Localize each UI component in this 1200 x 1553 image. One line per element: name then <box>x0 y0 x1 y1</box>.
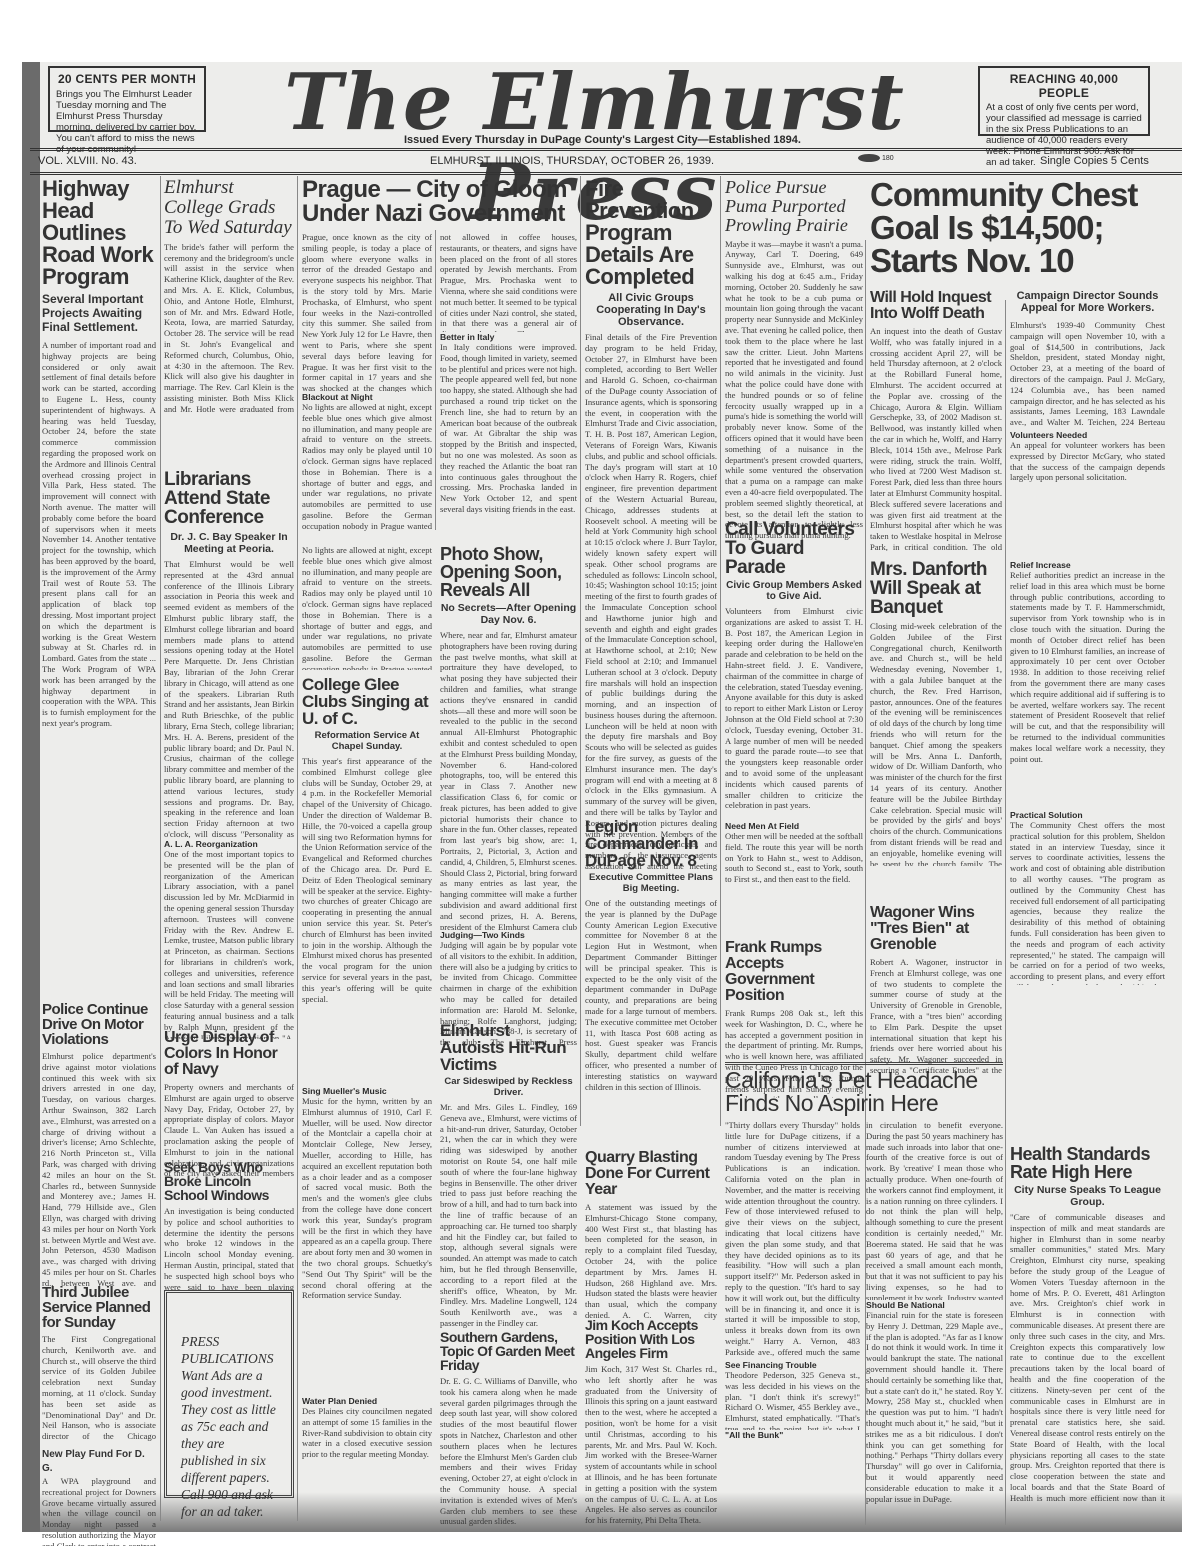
article-body: The Community Chest offers the most prac… <box>1010 820 1165 985</box>
headline: Legion Commander In DuPage Nov. 8 <box>585 818 717 869</box>
headline: Southern Gardens, Topic Of Garden Meet F… <box>440 1330 577 1372</box>
headline: Elmhurst Autoists Hit-Run Victims <box>440 1022 577 1073</box>
subhead: Sing Mueller's Music <box>302 1086 432 1096</box>
masthead-rule-bottom <box>30 172 1182 175</box>
article-police-drive: Police Continue Drive On Motor Violation… <box>42 1002 156 1286</box>
prague-col2: not allowed in coffee houses, restaurant… <box>440 232 577 522</box>
article-body: In Italy conditions were improved. Food,… <box>440 342 577 522</box>
article-body: Closing mid-week celebration of the Gold… <box>870 621 1002 866</box>
article-community-chest: Community Chest Goal Is $14,500; Starts … <box>870 178 1170 277</box>
headline: Photo Show, Opening Soon, Reveals All <box>440 545 577 599</box>
headline: Jim Koch Accepts Position With Los Angel… <box>585 1318 717 1360</box>
headline: Community Chest Goal Is $14,500; Starts … <box>870 178 1170 277</box>
subhead: Practical Solution <box>1010 810 1165 820</box>
headline: Seek Boys Who Broke Lincoln School Windo… <box>164 1160 294 1202</box>
article-body: The First Congregational church, Kenilwo… <box>42 1334 156 1444</box>
community-chest-col: Campaign Director Sounds Appeal for More… <box>1010 290 1165 985</box>
article-koch: Jim Koch Accepts Position With Los Angel… <box>585 1318 717 1529</box>
headline: Highway Head Outlines Road Work Program <box>42 178 156 288</box>
article-body: Relief authorities predict an increase i… <box>1010 570 1165 810</box>
article-body: Prague, once known as the city of smilin… <box>302 232 432 392</box>
headline: Health Standards Rate High Here <box>1010 1145 1165 1181</box>
left-ear-title: 20 CENTS PER MONTH <box>56 72 198 86</box>
article-puma: Police Pursue Puma Purported Prowling Pr… <box>725 178 863 559</box>
headline: Third Jubilee Service Planned for Sunday <box>42 1285 156 1330</box>
article-california: California's Pet Headache Finds No Aspir… <box>725 1062 1003 1115</box>
right-ear-box: REACHING 40,000 PEOPLE At a cost of only… <box>978 66 1150 136</box>
dateline-place-date: ELMHURST, ILLINOIS, THURSDAY, OCTOBER 26… <box>430 155 714 167</box>
article-body: Mr. and Mrs. Giles L. Findley, 169 Genev… <box>440 1102 577 1352</box>
headline: California's Pet Headache Finds No Aspir… <box>725 1069 1003 1115</box>
article-jubilee: Third Jubilee Service Planned for Sunday… <box>42 1285 156 1546</box>
column-rule <box>435 230 436 530</box>
subhead: Water Plan Denied <box>302 1396 432 1406</box>
headline: Wagoner Wins "Tres Bien" at Grenoble <box>870 905 1002 953</box>
article-danforth: Mrs. Danforth Will Speak at Banquet Clos… <box>870 560 1002 866</box>
subhead: Better in Italy <box>440 332 577 342</box>
article-fire: Fire Prevention Program Details Are Comp… <box>585 178 717 872</box>
article-body: Volunteers from Elmhurst civic organizat… <box>725 606 863 821</box>
article-body: Music for the hymn, written by an Elmhur… <box>302 1096 432 1396</box>
column-rule <box>580 176 581 1126</box>
headline: Call Volunteers To Guard Parade <box>725 520 863 577</box>
article-body: No lights are allowed at night, except f… <box>302 402 432 532</box>
headline: Prague — City of Gloom Under Nazi Govern… <box>302 178 578 226</box>
masthead-rule-top <box>30 148 1182 151</box>
article-body: One of the outstanding meetings of the y… <box>585 898 717 1113</box>
article-body: This year's first appearance of the comb… <box>302 756 432 1086</box>
article-inquest: Will Hold Inquest Into Wolff Death An in… <box>870 290 1002 551</box>
headline: Frank Rumps Accepts Government Position <box>725 940 863 1004</box>
left-ear-box: 20 CENTS PER MONTH Brings you The Elmhur… <box>48 66 206 132</box>
deck: Car Sideswiped by Reckless Driver. <box>440 1076 577 1098</box>
article-body: Robert A. Wagoner, instructor in French … <box>870 957 1002 1077</box>
article-prague: Prague — City of Gloom Under Nazi Govern… <box>302 178 578 226</box>
article-glee: No lights are allowed at night, except f… <box>302 545 432 670</box>
headline: Will Hold Inquest Into Wolff Death <box>870 290 1002 322</box>
union-label-number: 180 <box>882 155 894 162</box>
article-body: An inquest into the death of Gustav Wolf… <box>870 326 1002 551</box>
headline: New Play Fund For D. G. <box>42 1448 156 1476</box>
article-body: That Elmhurst would be well represented … <box>164 559 294 839</box>
article-body: "Thirty dollars every Thursday" holds li… <box>725 1120 860 1360</box>
subhead: Should Be National <box>866 1300 1003 1310</box>
article-body: Dr. E. G. C. Williams of Danville, who t… <box>440 1376 577 1531</box>
deck: Campaign Director Sounds Appeal for More… <box>1010 290 1165 314</box>
subhead: Blackout at Night <box>302 392 432 402</box>
want-ads-text: PRESS PUBLICATIONS Want Ads are a good i… <box>181 1333 277 1520</box>
right-ear-title: REACHING 40,000 PEOPLE <box>986 72 1142 100</box>
article-body: Elmhurst's 1939-40 Community Chest campa… <box>1010 320 1165 430</box>
article-gardens: Southern Gardens, Topic Of Garden Meet F… <box>440 1330 577 1531</box>
article-legion: Legion Commander In DuPage Nov. 8 Execut… <box>585 818 717 1113</box>
subhead: Need Men At Field <box>725 821 863 831</box>
deck: Civic Group Members Asked to Give Aid. <box>725 580 863 602</box>
article-body: Jim Koch, 317 West St. Charles rd., who … <box>585 1364 717 1529</box>
article-body: Where, near and far, Elmhurst amateur ph… <box>440 630 577 930</box>
single-copy-price: Single Copies 5 Cents <box>1040 155 1149 167</box>
article-body: An appeal for volunteer workers has been… <box>1010 440 1165 560</box>
article-health: Health Standards Rate High Here City Nur… <box>1010 1145 1165 1502</box>
headline: Quarry Blasting Done For Current Year <box>585 1150 717 1198</box>
deck: Dr. J. C. Bay Speaker In Meeting at Peor… <box>164 531 294 555</box>
subhead: Relief Increase <box>1010 560 1165 570</box>
left-ear-text: Brings you The Elmhurst Leader Tuesday m… <box>56 89 198 155</box>
headline: Elmhurst College Grads To Wed Saturday <box>164 178 294 238</box>
column-rule <box>297 176 298 1521</box>
article-body: A statement was issued by the Elmhurst-C… <box>585 1202 717 1322</box>
deck: Executive Committee Plans Big Meeting. <box>585 872 717 894</box>
headline: Librarians Attend State Conference <box>164 470 294 527</box>
article-body: Maybe it was—maybe it wasn't a puma. Any… <box>725 239 863 559</box>
article-glee-clubs: College Glee Clubs Singing at U. of C. R… <box>302 676 432 1466</box>
column-rule <box>160 176 161 1521</box>
volume-number: VOL. XLVIII. No. 43. <box>38 155 137 167</box>
article-body: The bride's father will perform the cere… <box>164 242 294 412</box>
deck: Reformation Service At Chapel Sunday. <box>302 730 432 752</box>
article-body: Elmhurst police department's drive again… <box>42 1051 156 1286</box>
article-windows: Seek Boys Who Broke Lincoln School Windo… <box>164 1160 294 1290</box>
article-body: One of the most important topics to be p… <box>164 849 294 1039</box>
california-col2: in circulation to benefit everyone. Duri… <box>866 1120 1003 1510</box>
article-body: A WPA playground and recreational projec… <box>42 1476 156 1546</box>
headline: Urge Display of Colors In Honor of Navy <box>164 1030 294 1078</box>
column-rule <box>720 176 721 1126</box>
article-librarians: Librarians Attend State Conference Dr. J… <box>164 470 294 1039</box>
want-ads-box: PRESS PUBLICATIONS Want Ads are a good i… <box>164 1290 294 1498</box>
masthead-tagline: Issued Every Thursday in DuPage County's… <box>404 134 801 146</box>
article-body: Des Plaines city councilmen negated an a… <box>302 1406 432 1466</box>
article-body: in circulation to benefit everyone. Duri… <box>866 1120 1003 1300</box>
subhead: See Financing Trouble <box>725 1360 860 1370</box>
article-body: An investigation is being conducted by p… <box>164 1206 294 1290</box>
headline: Fire Prevention Program Details Are Comp… <box>585 178 717 288</box>
deck: No Secrets—After Opening Day Nov. 6. <box>440 602 577 626</box>
article-body: No lights are allowed at night, except f… <box>302 545 432 670</box>
article-wagoner: Wagoner Wins "Tres Bien" at Grenoble Rob… <box>870 905 1002 1077</box>
article-body: not allowed in coffee houses, restaurant… <box>440 232 577 332</box>
article-quarry: Quarry Blasting Done For Current Year A … <box>585 1150 717 1322</box>
headline: Mrs. Danforth Will Speak at Banquet <box>870 560 1002 617</box>
headline: College Glee Clubs Singing at U. of C. <box>302 676 432 727</box>
headline: Police Continue Drive On Motor Violation… <box>42 1002 156 1047</box>
subhead: "All the Bunk" <box>725 1430 860 1440</box>
article-body: Other men will be needed at the softball… <box>725 831 863 921</box>
article-volunteers: Call Volunteers To Guard Parade Civic Gr… <box>725 520 863 921</box>
subhead: A. L. A. Reorganization <box>164 839 294 849</box>
article-body: Financial ruin for the state is foreseen… <box>866 1310 1003 1510</box>
subhead: Volunteers Needed <box>1010 430 1165 440</box>
article-photo-show: Photo Show, Opening Soon, Reveals All No… <box>440 545 577 1050</box>
headline: Police Pursue Puma Purported Prowling Pr… <box>725 178 863 235</box>
article-body: Final details of the Fire Prevention day… <box>585 332 717 872</box>
article-grads: Elmhurst College Grads To Wed Saturday T… <box>164 178 294 412</box>
subhead: Judging—Two Kinds <box>440 930 577 940</box>
article-body: "Care of communicable diseases and inspe… <box>1010 1212 1165 1502</box>
column-rule <box>1005 300 1006 1525</box>
deck: All Civic Groups Cooperating In Day's Ob… <box>585 292 717 328</box>
deck: City Nurse Speaks To League Group. <box>1010 1184 1165 1208</box>
california-col1: "Thirty dollars every Thursday" holds li… <box>725 1120 860 1440</box>
article-highway: Highway Head Outlines Road Work Program … <box>42 178 156 810</box>
article-auto: Elmhurst Autoists Hit-Run Victims Car Si… <box>440 1022 577 1352</box>
deck: Several Important Projects Awaiting Fina… <box>42 292 156 334</box>
article-body: Theodore Pederson, 325 Geneva st., was l… <box>725 1370 860 1430</box>
prague-col1: Prague, once known as the city of smilin… <box>302 232 432 532</box>
union-label-icon: 180 <box>858 154 894 162</box>
article-body: A number of important road and highway p… <box>42 340 156 810</box>
